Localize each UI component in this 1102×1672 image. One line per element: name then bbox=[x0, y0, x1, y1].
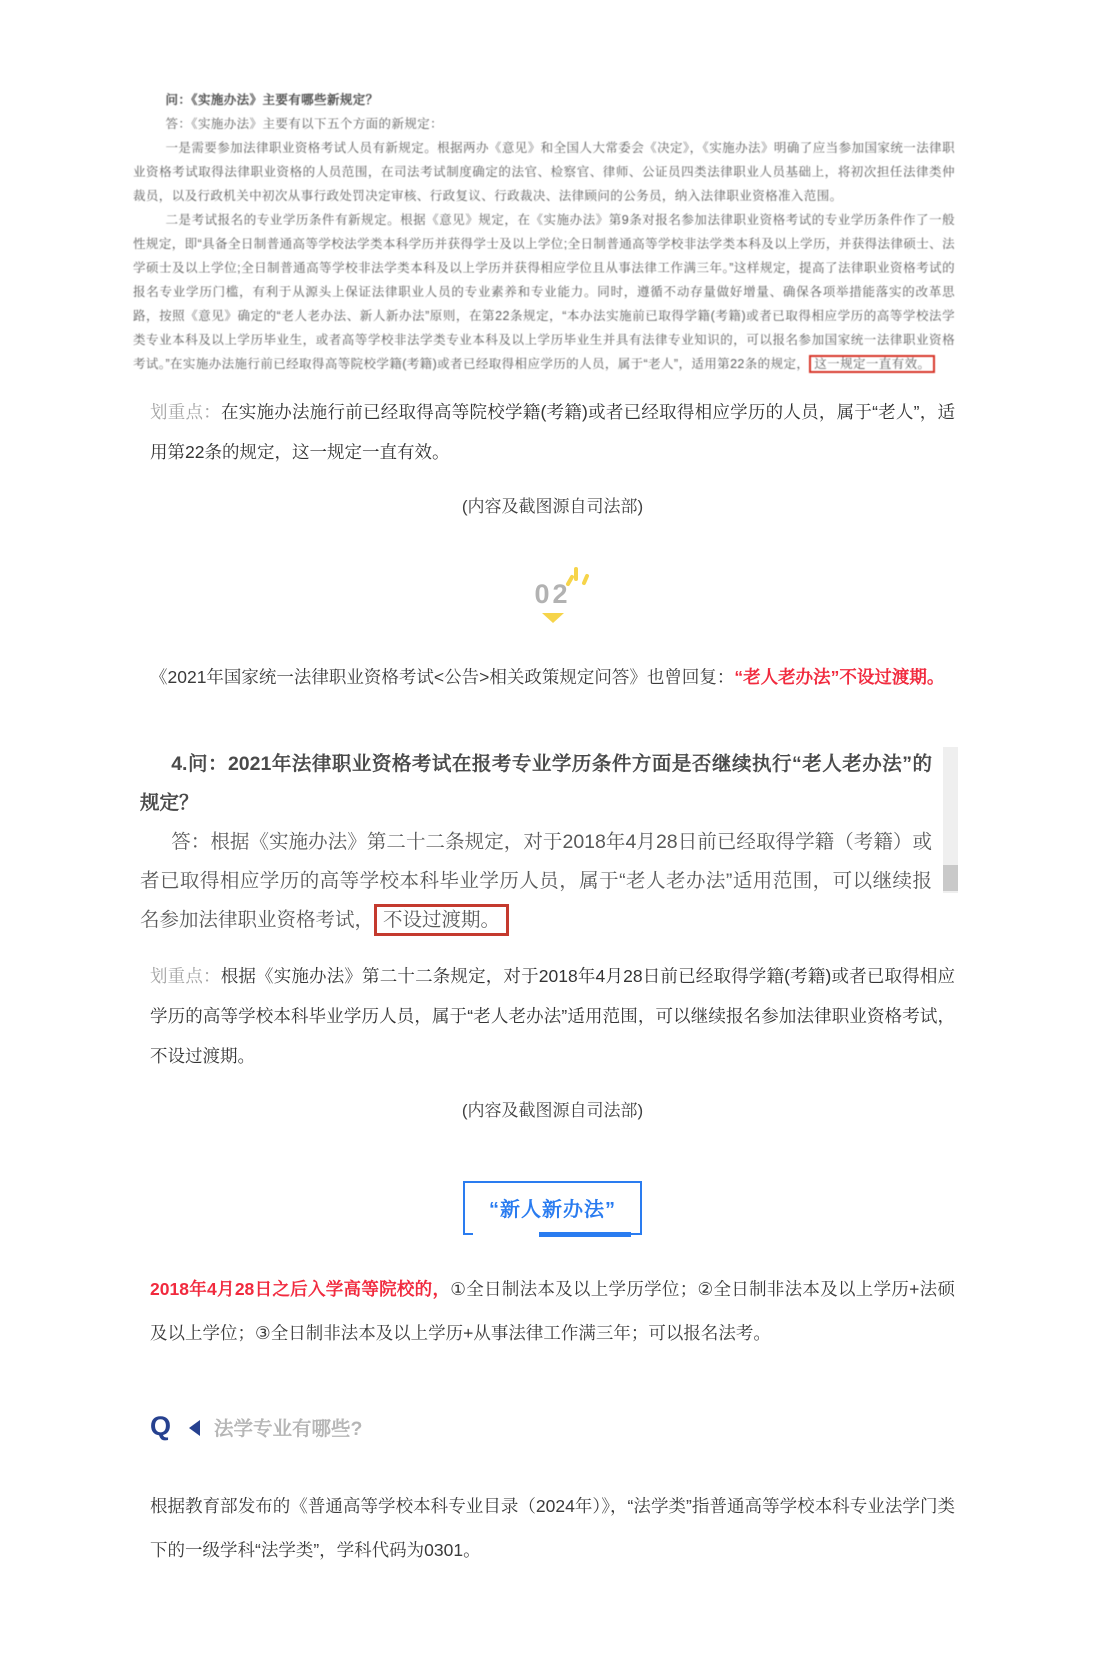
shot2-answer: 答：根据《实施办法》第二十二条规定，对于2018年4月28日前已经取得学籍（考籍… bbox=[140, 823, 932, 940]
key-point-label: 划重点： bbox=[150, 966, 221, 986]
key-point-2: 划重点：根据《实施办法》第二十二条规定，对于2018年4月28日前已经取得学籍(… bbox=[150, 956, 955, 1076]
paragraph-new-rule-emphasis: 2018年4月28日之后入学高等院校的， bbox=[150, 1279, 450, 1299]
shot1-point2-text: 二是考试报名的专业学历条件有新规定。根据《意见》规定，在《实施办法》第9条对报名… bbox=[133, 213, 955, 371]
question-title: 法学专业有哪些? bbox=[214, 1413, 362, 1441]
key-point-1-text: 在实施办法施行前已经取得高等院校学籍(考籍)或者已经取得相应学历的人员，属于“老… bbox=[150, 402, 955, 462]
paragraph-2021-lead: 《2021年国家统一法律职业资格考试<公告>相关政策规定问答》也曾回复： bbox=[150, 667, 734, 687]
shot1-answer-intro: 答：《实施办法》主要有以下五个方面的新规定： bbox=[133, 112, 955, 136]
key-point-2-text: 根据《实施办法》第二十二条规定，对于2018年4月28日前已经取得学籍(考籍)或… bbox=[150, 966, 955, 1066]
shot1-point2: 二是考试报名的专业学历条件有新规定。根据《意见》规定，在《实施办法》第9条对报名… bbox=[133, 208, 955, 376]
red-highlight-box: 这一规定一直有效。 bbox=[809, 355, 935, 373]
scrollbar-thumb[interactable] bbox=[943, 865, 958, 891]
badge-container: “新人新办法” bbox=[150, 1181, 955, 1235]
new-rules-badge: “新人新办法” bbox=[463, 1181, 642, 1235]
left-triangle-icon bbox=[189, 1420, 200, 1436]
chevron-down-icon bbox=[542, 613, 564, 623]
sparkle-icon bbox=[564, 565, 590, 587]
ministry-screenshot-2: 4.问：2021年法律职业资格考试在报考专业学历条件方面是否继续执行“老人老办法… bbox=[140, 745, 958, 940]
source-note-2: (内容及截图源自司法部) bbox=[150, 1096, 955, 1121]
source-note-1: (内容及截图源自司法部) bbox=[150, 492, 955, 517]
paragraph-2021-emphasis: “老人老办法”不设过渡期。 bbox=[734, 667, 944, 687]
ministry-screenshot-1: 问：《实施办法》主要有哪些新规定？ 答：《实施办法》主要有以下五个方面的新规定：… bbox=[133, 88, 955, 376]
paragraph-2021-reply: 《2021年国家统一法律职业资格考试<公告>相关政策规定问答》也曾回复：“老人老… bbox=[150, 655, 955, 699]
scrollbar[interactable] bbox=[943, 747, 958, 893]
shot2-answer-text: 答：根据《实施办法》第二十二条规定，对于2018年4月28日前已经取得学籍（考籍… bbox=[140, 831, 932, 931]
shot1-point1: 一是需要参加法律职业资格考试人员有新规定。根据两办《意见》和全国人大常委会《决定… bbox=[133, 136, 955, 208]
section-divider-02: 02 bbox=[516, 567, 590, 631]
question-header: Q 法学专业有哪些? bbox=[150, 1411, 955, 1442]
key-point-label: 划重点： bbox=[150, 402, 221, 422]
shot2-question: 4.问：2021年法律职业资格考试在报考专业学历条件方面是否继续执行“老人老办法… bbox=[140, 745, 932, 823]
new-rules-badge-label: “新人新办法” bbox=[489, 1199, 616, 1221]
shot1-question: 问：《实施办法》主要有哪些新规定？ bbox=[133, 88, 955, 112]
key-point-1: 划重点：在实施办法施行前已经取得高等院校学籍(考籍)或者已经取得相应学历的人员，… bbox=[150, 392, 955, 472]
article-page: 问：《实施办法》主要有哪些新规定？ 答：《实施办法》主要有以下五个方面的新规定：… bbox=[0, 0, 1102, 1672]
q-letter: Q bbox=[150, 1411, 171, 1442]
red-highlight-box: 不设过渡期。 bbox=[374, 904, 509, 936]
paragraph-new-rule: 2018年4月28日之后入学高等院校的，①全日制法本及以上学历学位；②全日制非法… bbox=[150, 1267, 955, 1355]
